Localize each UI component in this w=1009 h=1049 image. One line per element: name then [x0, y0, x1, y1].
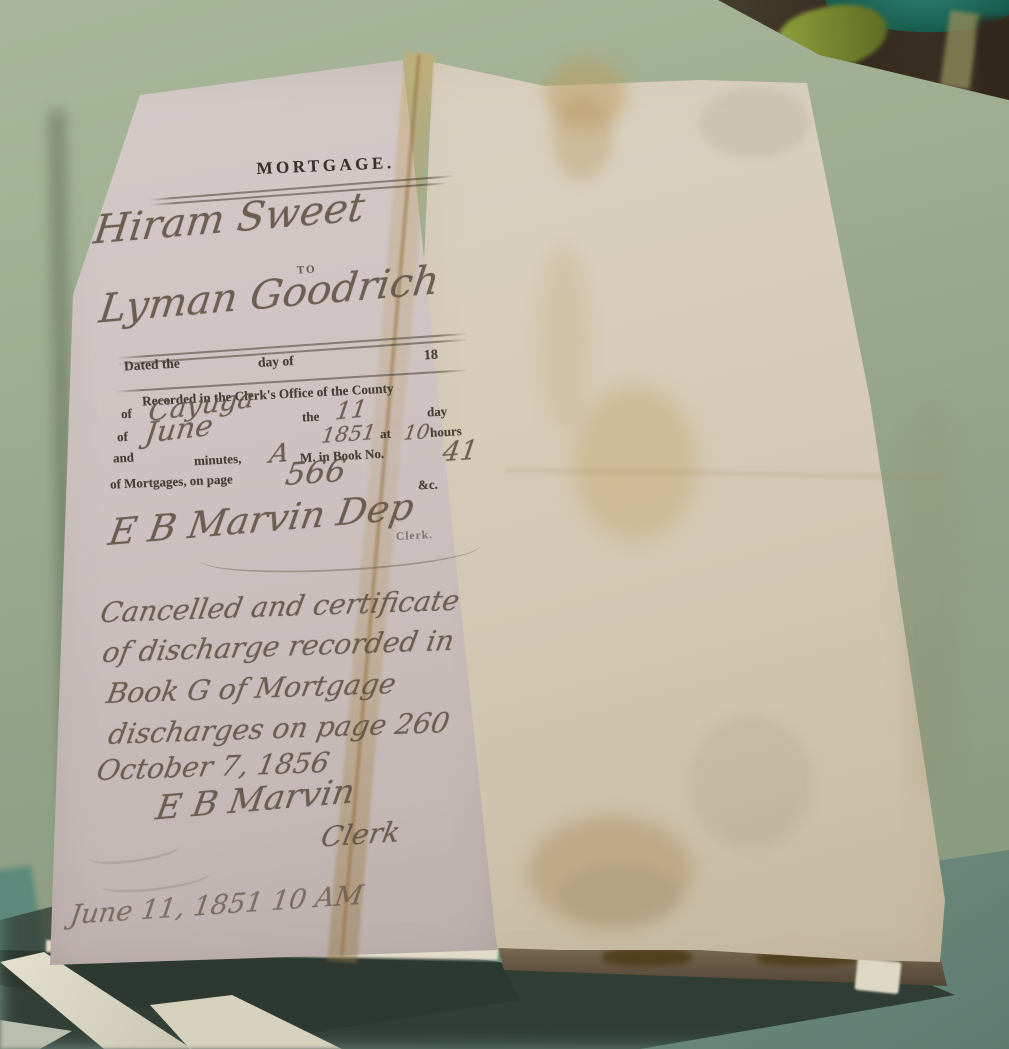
pencil-smudge	[688, 715, 813, 850]
stain	[602, 948, 692, 966]
clerk-title: Clerk	[318, 815, 402, 853]
of-label: of	[117, 429, 129, 446]
dark-blur-object	[978, 18, 1009, 102]
and-label: and	[113, 449, 135, 466]
at-label: at	[380, 426, 392, 443]
stain	[572, 385, 697, 540]
year-prefix: 18	[424, 348, 439, 365]
stain	[552, 95, 612, 180]
the-label: the	[302, 409, 320, 426]
year-entry: 1851	[320, 420, 378, 448]
stain	[900, 400, 960, 800]
hour-entry: 10	[402, 419, 431, 445]
green-object	[772, 0, 894, 80]
page-corner-tab	[854, 958, 901, 994]
of-label: of	[121, 406, 133, 423]
book-number-entry: 41	[441, 435, 480, 468]
etc-label: &c.	[418, 477, 439, 494]
day-label: day	[427, 403, 448, 420]
page-number-entry: 566	[283, 453, 348, 493]
stain	[538, 245, 590, 430]
pencil-smudge	[560, 865, 680, 925]
pencil-smudge	[698, 88, 810, 158]
photo-scene: MORTGAGE. Hiram Sweet TO Lyman Goodrich …	[0, 0, 1009, 1049]
dayof-label: day of	[258, 353, 294, 371]
minutes-label: minutes,	[194, 451, 242, 469]
dated-label: Dated the	[124, 356, 181, 375]
